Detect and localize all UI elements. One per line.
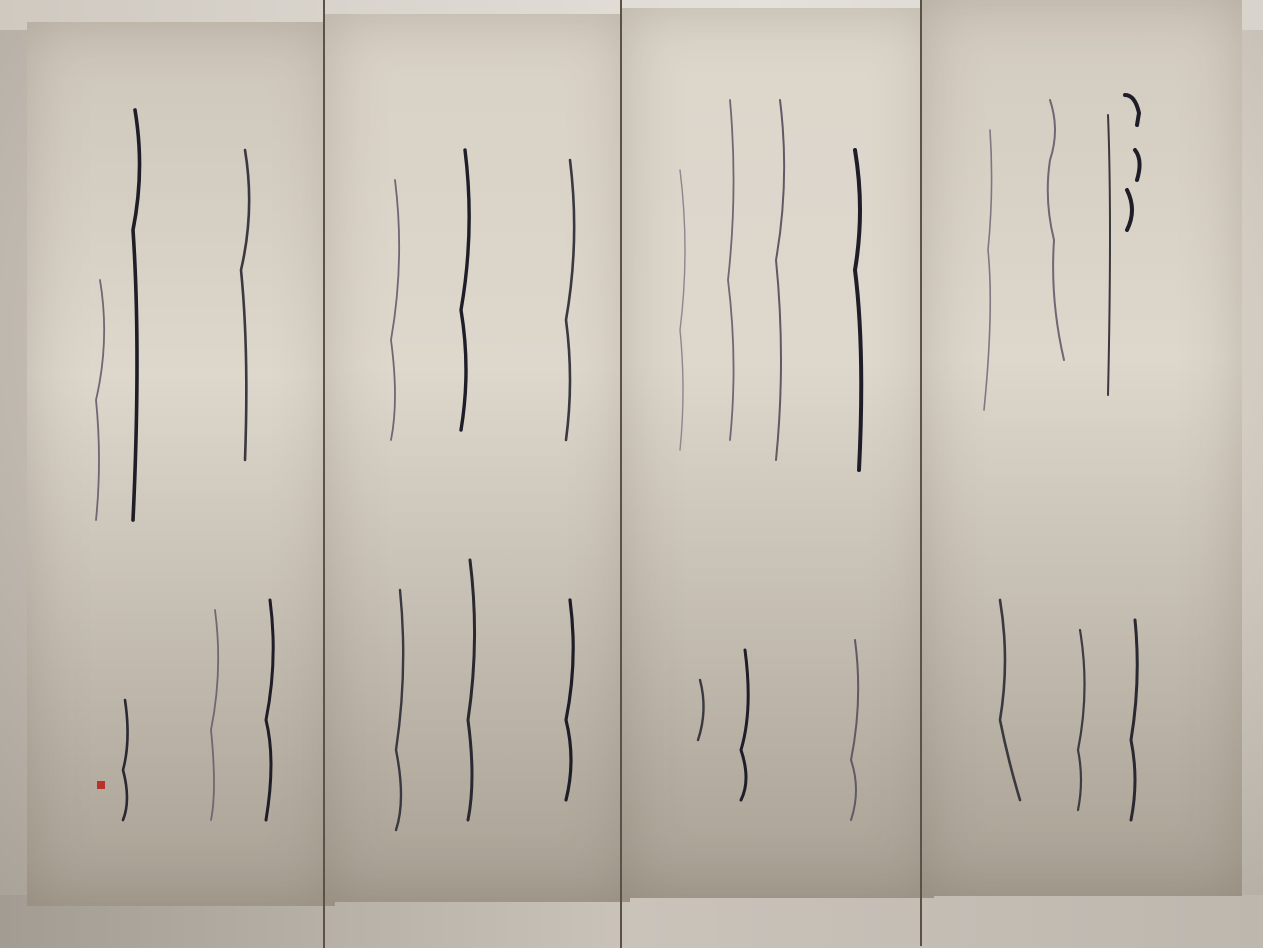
calligraphy-ink xyxy=(0,0,1263,948)
red-seal xyxy=(97,781,105,789)
